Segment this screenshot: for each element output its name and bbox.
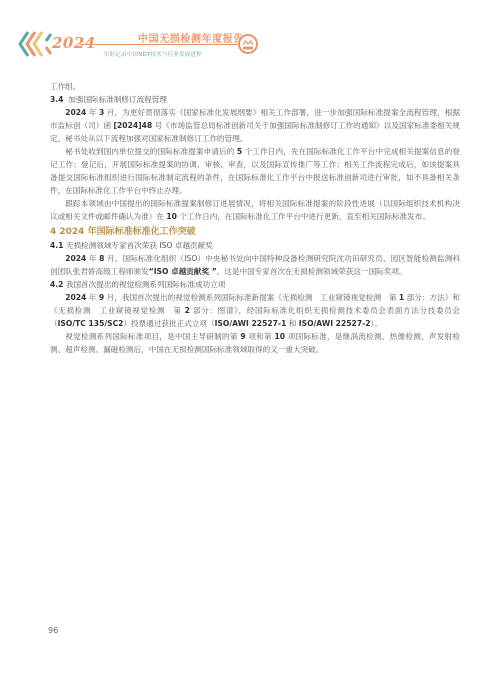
report-year: 2024 <box>52 34 96 52</box>
section-heading-4: 4 2024 年国际标准标准化工作突破 <box>50 225 460 239</box>
paragraph: 视觉检测系列国际标准项目，是中国主导研制的第 9 项和第 10 项国际标准，是继… <box>50 330 460 356</box>
paragraph: 2024 年 3 月，为更好贯彻落实《国家标准化发展纲要》相关工作部署，进一步加… <box>50 106 460 145</box>
paragraph-continuation: 工作组。 <box>50 80 460 93</box>
report-subtitle: 实时记录中国NDT技术与行业发展进程 <box>104 50 202 58</box>
ndt-badge-icon <box>238 34 258 54</box>
paragraph: 2024 年 9 月，我国首次提出的视觉检测系列国际标准新提案《无损检测 工业窥… <box>50 291 460 330</box>
document-body: 工作组。 3.4 加强国际标准制修订流程管理 2024 年 3 月，为更好贯彻落… <box>50 80 460 356</box>
subsection-heading-3-4: 3.4 加强国际标准制修订流程管理 <box>50 93 460 106</box>
paragraph: 秘书处收到国内单位提交的国际标准提案申请后的 5 个工作日内，先在国际标准化工作… <box>50 145 460 197</box>
subsection-heading-4-1: 4.1 无损检测领域专家首次荣获 ISO 卓越贡献奖 <box>50 239 460 252</box>
page-header: 2024 中国无损检测年度报告 实时记录中国NDT技术与行业发展进程 <box>0 0 480 70</box>
paragraph: 2024 年 8 月，国际标准化组织（ISO）中央秘书处向中国特种设备检测研究院… <box>50 252 460 278</box>
subsection-heading-4-2: 4.2 我国首次提出的视觉检测系列国际标准成功立项 <box>50 278 460 291</box>
report-title: 中国无损检测年度报告 <box>138 30 244 45</box>
page-number: 96 <box>48 626 58 635</box>
paragraph: 跟踪本领域由中国提出的国际标准提案制修订进展情况，将相关国际标准提案的阶段性进展… <box>50 197 460 223</box>
